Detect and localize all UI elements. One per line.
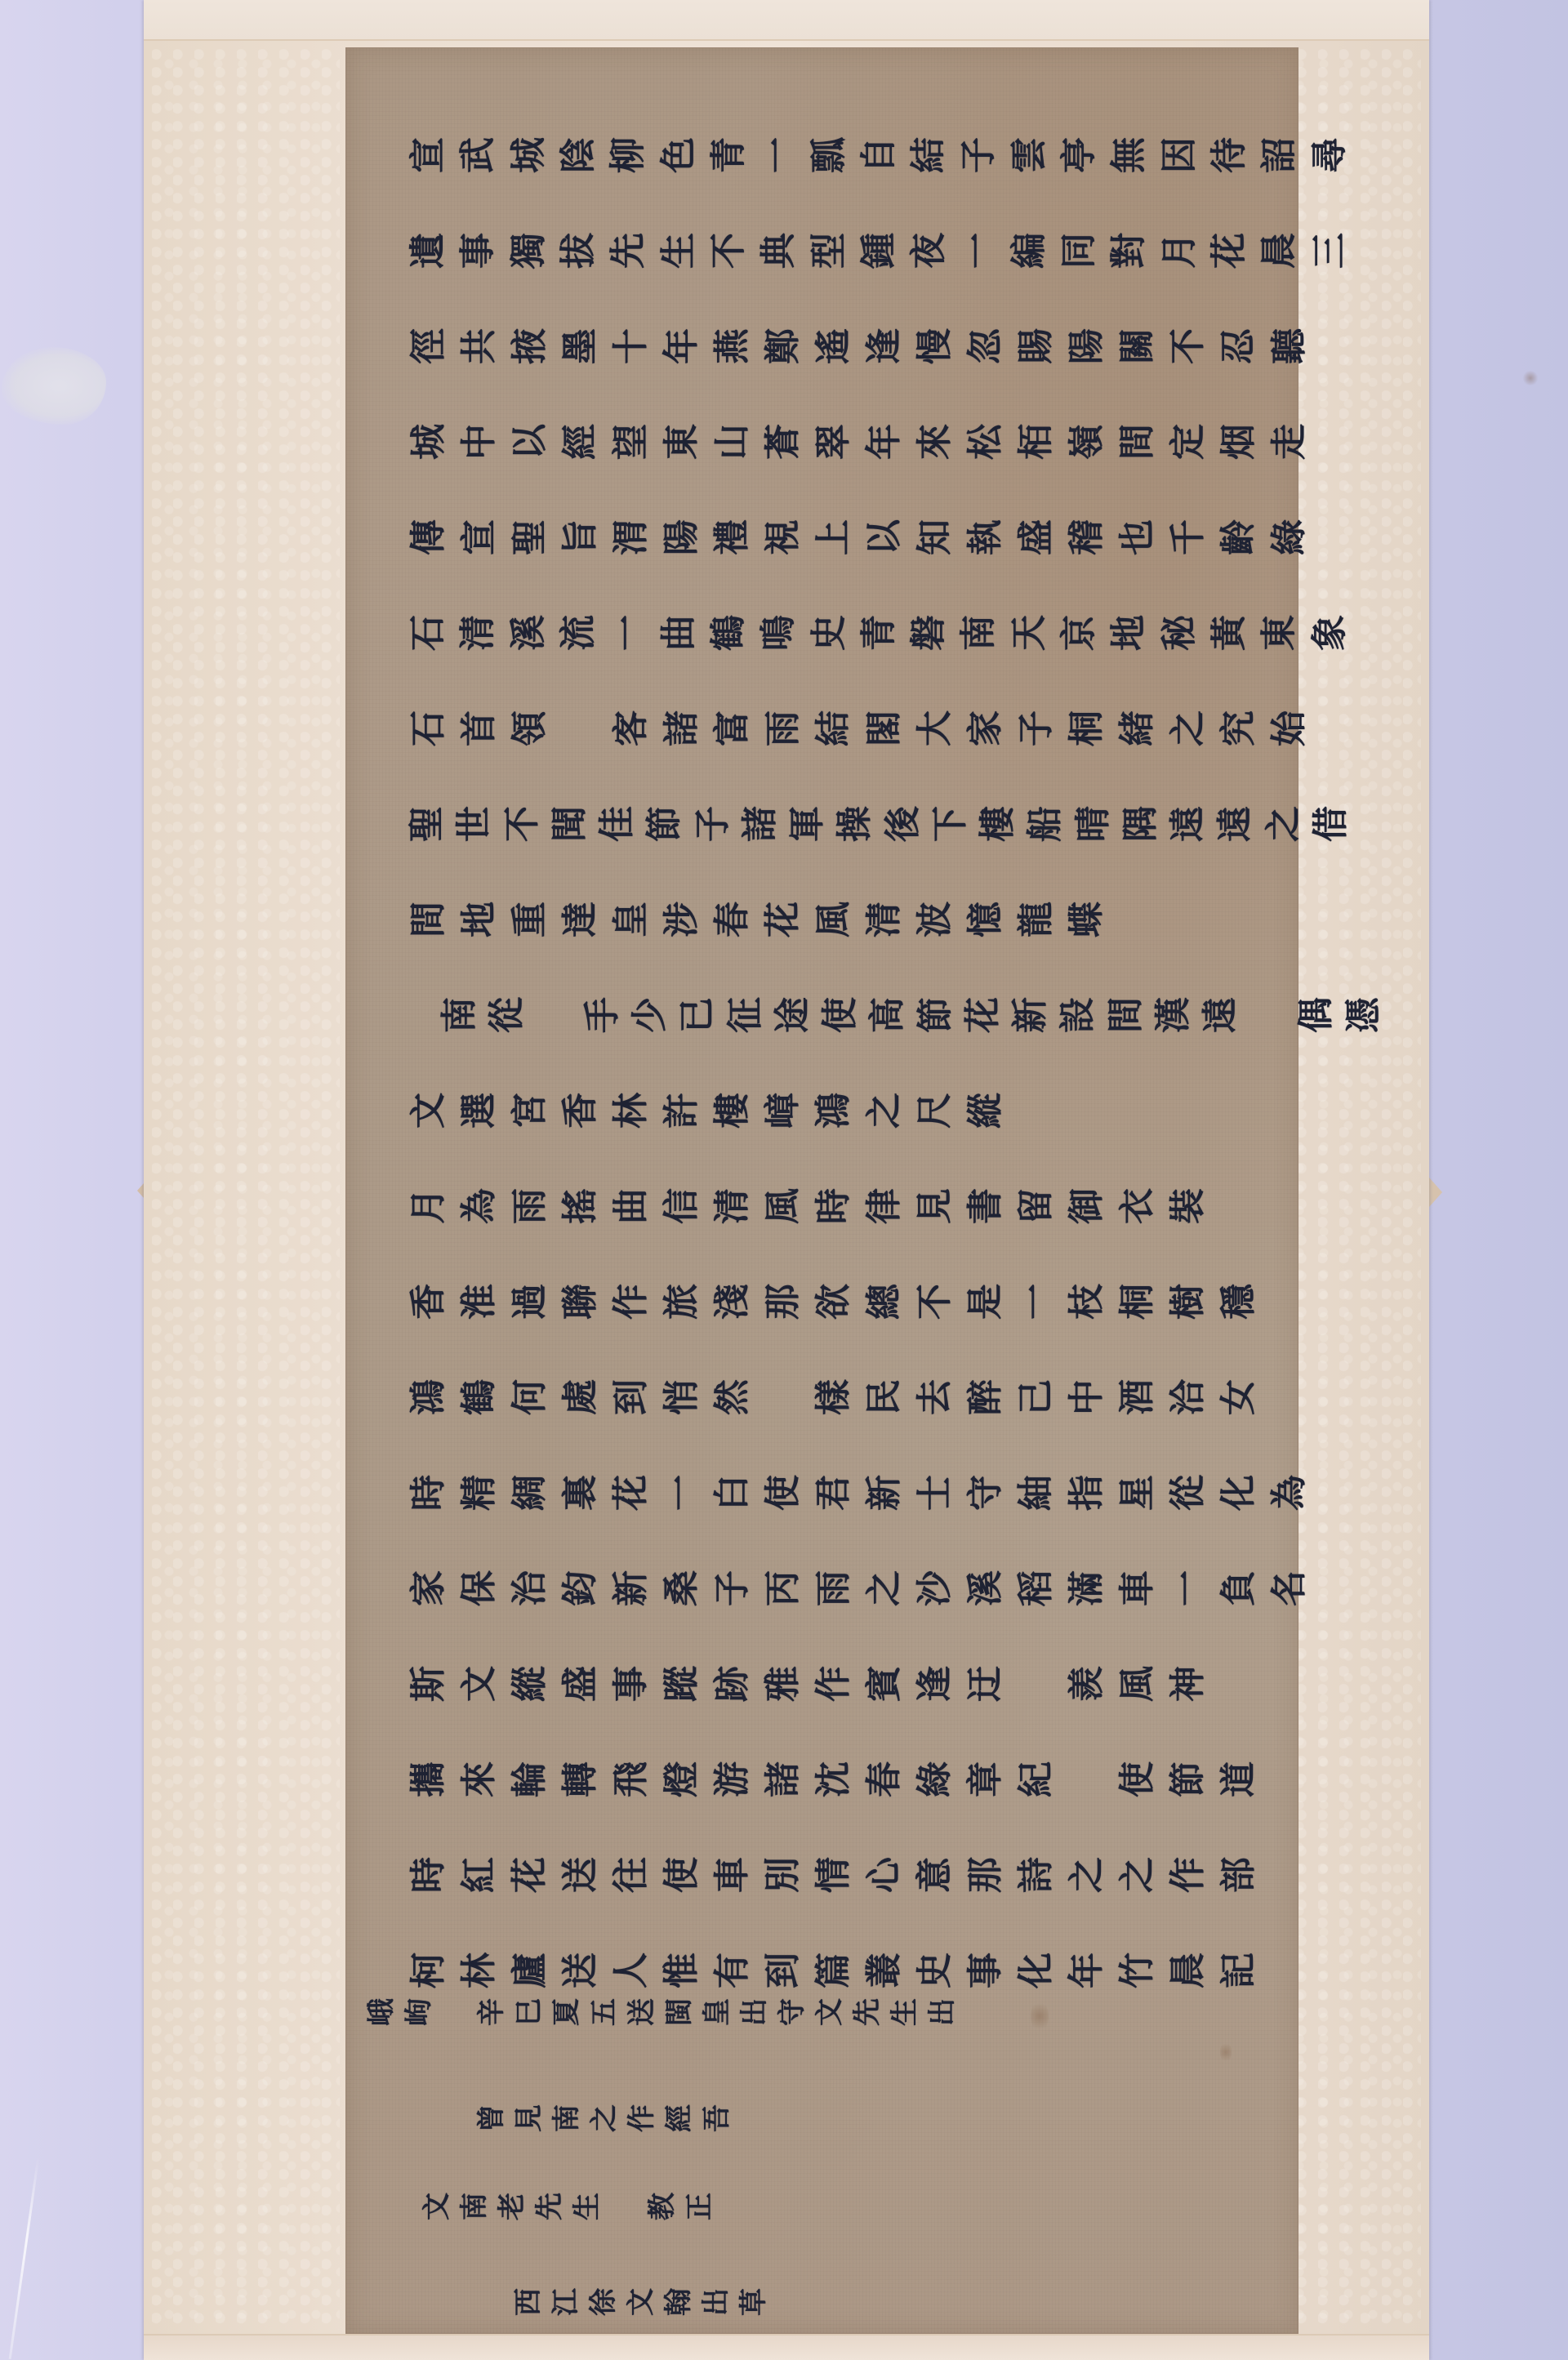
calligraphy-character: 三 [1312,225,1347,275]
calligraphy-character: 穩 [1221,1276,1257,1327]
calligraphy-character: 佳 [599,800,635,848]
calligraphy-character: 縱 [968,1085,1004,1136]
calligraphy-character: 是 [968,1276,1004,1327]
calligraphy-character: 設 [1060,991,1096,1039]
calligraphy-character: 間 [1108,991,1144,1039]
calligraphy-character: 中 [461,416,497,467]
calligraphy-character: 尺 [917,1085,953,1136]
calligraphy-character: 之 [866,1085,902,1136]
calligraphy-character: 綠 [917,1754,953,1805]
mount-bottom-band [144,2334,1429,2360]
calligraphy-character: 不 [711,225,747,275]
calligraphy-character: 晨 [1170,1945,1206,1996]
calligraphy-character: 桑 [664,1563,700,1614]
calligraphy-character: 記 [1221,1945,1257,1996]
mount-brocade-pattern-left [152,49,340,2327]
calligraphy-character: 那 [968,1850,1004,1900]
inscription-character: 之 [590,2100,618,2137]
calligraphy-character: 宣 [461,512,497,563]
calligraphy-character: 史 [811,608,847,657]
calligraphy-character: 青 [861,608,897,657]
calligraphy-character: 紀 [1018,1754,1054,1805]
calligraphy-character: 聖 [409,800,445,848]
calligraphy-character: 憶 [968,894,1004,945]
calligraphy-character [537,991,573,1039]
calligraphy-character: 十 [613,321,649,372]
calligraphy-character: 聖 [512,512,548,563]
calligraphy-character: 軍 [790,800,826,848]
calligraphy-character: 指 [1069,1467,1105,1518]
calligraphy-character: 許 [664,1085,700,1136]
inscription-character: 生 [891,1993,919,2031]
calligraphy-character: 有 [715,1945,751,1996]
inscription-character: 出 [741,1993,768,2031]
calligraphy-character: 掖 [512,321,548,372]
calligraphy-character: 執 [968,512,1004,563]
calligraphy-character: 詔 [1262,130,1298,180]
calligraphy-character: 丙 [765,1563,801,1614]
calligraphy-character: 拔 [561,225,597,275]
calligraphy-character: 花 [765,894,801,945]
calligraphy-column: 石首領 客諸富雨結閣大家子桐緒之究始 [346,703,1355,754]
calligraphy-character: 雅 [765,1659,801,1709]
inscription-character: 南 [461,2188,488,2225]
calligraphy-character: 桐 [1069,703,1105,754]
calligraphy-character: 為 [1272,1467,1307,1518]
calligraphy-character: 黃 [1212,608,1248,657]
calligraphy-character: 花 [613,1467,649,1518]
calligraphy-character: 達 [563,894,599,945]
calligraphy-character: 書 [968,1181,1004,1231]
calligraphy-character: 作 [1170,1850,1206,1900]
calligraphy-character: 栢 [1018,416,1054,467]
calligraphy-character: 新 [866,1467,902,1518]
mount-top-band [144,0,1429,41]
calligraphy-character: 之 [1069,1850,1105,1900]
calligraphy-character: 禮 [715,512,751,563]
calligraphy-character: 蝶 [1069,894,1105,945]
inscription-character: 正 [686,2188,714,2225]
calligraphy-character: 樹 [1170,1276,1206,1327]
calligraphy-character: 一 [1170,1563,1206,1614]
inscription-character: 草 [740,2283,768,2321]
calligraphy-character: 輪 [512,1754,548,1805]
calligraphy-character: 諸 [742,800,778,848]
calligraphy-character: 士 [917,1467,953,1518]
calligraphy-character: 墨 [563,321,599,372]
calligraphy-character: 雨 [512,1181,548,1231]
calligraphy-character: 也 [1120,512,1156,563]
foxing-stain [1220,2041,1232,2064]
calligraphy-character: 樓 [715,1085,751,1136]
calligraphy-character: 洽 [1170,1372,1206,1423]
calligraphy-character: 石 [411,608,447,657]
calligraphy-character: 天 [1011,608,1047,657]
inscription-character: 生 [573,2188,601,2225]
inscription-recipient: 文南老先生 教正 [418,2186,719,2227]
calligraphy-character: 時 [411,1467,447,1518]
calligraphy-character: 春 [715,894,751,945]
calligraphy-character: 遙 [816,321,852,372]
calligraphy-character: 編 [1011,225,1047,275]
calligraphy-character: 悄 [664,1372,700,1423]
calligraphy-character: 雨 [816,1563,852,1614]
scroll-side-tab-right [1429,1178,1442,1207]
calligraphy-character: 跡 [715,1659,751,1709]
calligraphy-character: 曲 [613,1181,649,1231]
calligraphy-character: 為 [461,1181,497,1231]
calligraphy-column: 間地重達皇涉春花風清波憶龍蝶 [346,894,1355,945]
calligraphy-character: 從 [1170,1467,1206,1518]
calligraphy-character: 陽 [664,512,700,563]
calligraphy-character: 定 [1170,416,1206,467]
calligraphy-character: 節 [1170,1754,1206,1805]
calligraphy-character: 枝 [1069,1276,1105,1327]
calligraphy-character: 千 [1170,512,1206,563]
calligraphy-character: 逢 [866,321,902,372]
calligraphy-character: 事 [461,225,497,275]
calligraphy-character: 沙 [917,1563,953,1614]
calligraphy-character: 過 [512,1276,548,1327]
calligraphy-character: 山 [715,416,751,467]
calligraphy-column: 文選宮香林許樓嶂鴻之尺縱 [346,1085,1355,1136]
calligraphy-character: 惟 [664,1945,700,1996]
calligraphy-character: 子 [695,800,731,848]
calligraphy-character: 涉 [664,894,700,945]
calligraphy-character: 賜 [1018,321,1054,372]
calligraphy-column: 南從 手少已征途使高節花新設間漢遠 偶憑 [346,990,1388,1040]
calligraphy-character: 飛 [613,1754,649,1805]
calligraphy-character: 知 [917,512,953,563]
calligraphy-character: 香 [411,1276,447,1327]
calligraphy-column: 聖世不聞佳節子諸軍操後下樓船晴隅遠遠之借 [346,799,1355,849]
calligraphy-column: 月為雨搖曲信清風時律見書留御衣裝 [346,1181,1355,1231]
calligraphy-character: 東 [1262,608,1298,657]
calligraphy-character: 家 [968,703,1004,754]
calligraphy-character: 事 [613,1659,649,1709]
calligraphy-character: 京 [1062,608,1098,657]
inscription-character: 翰 [665,2283,693,2321]
calligraphy-character: 磐 [911,608,947,657]
calligraphy-character: 蒼 [765,416,801,467]
calligraphy-character: 守 [968,1467,1004,1518]
calligraphy-character: 年 [866,416,902,467]
calligraphy-character: 神 [1170,1659,1206,1709]
calligraphy-character: 翠 [816,416,852,467]
calligraphy-character: 滿 [1069,1563,1105,1614]
calligraphy-character: 柯 [411,1945,447,1996]
calligraphy-character: 作 [816,1659,852,1709]
calligraphy-character: 林 [461,1945,497,1996]
calligraphy-character: 之 [1266,800,1302,848]
calligraphy-column: 香淮過聯作旅淺那欲總不是一枝桐樹穩 [346,1276,1355,1327]
inscription-character: 見 [515,2100,543,2137]
calligraphy-character: 名 [1272,1563,1307,1614]
calligraphy-character: 時 [411,1850,447,1900]
calligraphy-character: 沈 [816,1754,852,1805]
inscription-note: 曾見南之作經吾 [473,2098,736,2139]
calligraphy-character: 嶺 [1069,416,1105,467]
calligraphy-character: 部 [1221,1850,1257,1900]
calligraphy-character: 月 [411,1181,447,1231]
inscription-character: 南 [553,2100,581,2137]
calligraphy-character: 尋 [1312,130,1347,180]
calligraphy-character: 遠 [1218,800,1254,848]
calligraphy-character: 閣 [866,703,902,754]
wall-crack [9,2157,40,2359]
inscription-character: 夏 [553,1993,581,2031]
calligraphy-character: 象 [1312,608,1347,657]
calligraphy-character [765,1372,801,1423]
calligraphy-character: 嶂 [765,1085,801,1136]
inscription-signature: 西江徐文翰出草 [510,2282,773,2322]
calligraphy-character: 聞 [552,800,588,848]
calligraphy-character: 子 [715,1563,751,1614]
calligraphy-character: 稻 [1018,1563,1054,1614]
calligraphy-character: 流 [561,608,597,657]
calligraphy-character: 鶴 [461,1372,497,1423]
calligraphy-character: 使 [822,991,858,1039]
wall-stain [2,347,106,425]
calligraphy-character: 待 [1212,130,1248,180]
calligraphy-character: 傳 [411,512,447,563]
calligraphy-character: 一 [664,1467,700,1518]
calligraphy-character: 家 [411,1563,447,1614]
calligraphy-character: 一 [761,130,797,180]
calligraphy-character: 盛 [1018,512,1054,563]
calligraphy-character: 新 [1013,991,1049,1039]
calligraphy-character: 諸 [664,703,700,754]
calligraphy-character: 亭 [1062,130,1098,180]
calligraphy-character: 手 [585,991,621,1039]
calligraphy-character: 治 [512,1563,548,1614]
calligraphy-character: 遠 [1203,991,1239,1039]
calligraphy-character: 香 [563,1085,599,1136]
calligraphy-character: 遠 [1170,800,1206,848]
calligraphy-character: 高 [870,991,906,1039]
inscription-character: 文 [423,2188,451,2225]
calligraphy-character: 之 [1120,1850,1156,1900]
calligraphy-character: 夜 [911,225,947,275]
calligraphy-character: 經 [563,416,599,467]
calligraphy-character: 使 [1120,1754,1156,1805]
calligraphy-character: 清 [866,894,902,945]
calligraphy-character: 客 [613,703,649,754]
calligraphy-column: 時精綢裏花一白使君新士守紬指星從化為 [346,1467,1355,1518]
inscription-character: 峨 [367,1993,395,2031]
calligraphy-character: 下 [933,800,969,848]
calligraphy-character: 旨 [563,512,599,563]
calligraphy-character: 不 [917,1276,953,1327]
calligraphy-character: 忍 [1221,321,1257,372]
calligraphy-character: 上 [816,512,852,563]
calligraphy-character: 欲 [816,1276,852,1327]
calligraphy-character: 色 [661,130,697,180]
calligraphy-character: 花 [1212,225,1248,275]
calligraphy-character: 漢 [1156,991,1192,1039]
calligraphy-character: 綠 [1272,512,1307,563]
calligraphy-character: 城 [510,130,546,180]
calligraphy-character: 地 [461,894,497,945]
calligraphy-character: 結 [911,130,947,180]
calligraphy-character: 不 [1170,321,1206,372]
calligraphy-column: 石清溪流一曲鶴鳴史青磐南天京地秘黃東象 [346,608,1355,658]
inscription-character: 經 [666,2100,693,2137]
calligraphy-character: 心 [866,1850,902,1900]
calligraphy-character: 宣 [411,130,447,180]
calligraphy-character: 借 [1313,800,1349,848]
inscription-character: 江 [552,2283,580,2321]
calligraphy-character: 同 [1062,225,1098,275]
calligraphy-character: 望 [613,416,649,467]
calligraphy-character: 紅 [461,1850,497,1900]
calligraphy-character: 時 [816,1181,852,1231]
calligraphy-character: 關 [1120,321,1156,372]
calligraphy-character: 重 [512,894,548,945]
calligraphy-character: 紬 [1018,1467,1054,1518]
calligraphy-character: 領 [512,703,548,754]
calligraphy-character: 來 [917,416,953,467]
calligraphy-character: 鈞 [563,1563,599,1614]
calligraphy-character: 東 [664,416,700,467]
inscription-character: 出 [929,1993,956,2031]
calligraphy-character: 間 [1120,416,1156,467]
calligraphy-character: 聽 [1272,321,1307,372]
calligraphy-character: 曲 [661,608,697,657]
calligraphy-character: 作 [613,1276,649,1327]
calligraphy-character: 松 [968,416,1004,467]
calligraphy-character: 然 [715,1372,751,1423]
calligraphy-character: 途 [775,991,811,1039]
calligraphy-character: 一 [1018,1276,1054,1327]
calligraphy-character: 往 [613,1850,649,1900]
calligraphy-character: 操 [837,800,873,848]
calligraphy-character: 攜 [411,1754,447,1805]
calligraphy-column: 宣武城陰柳色青一瓢自結子雲亭無因待詔尋 [346,130,1355,180]
calligraphy-column: 家保治鈞新桑子丙雨之沙溪稻滿車一負名 [346,1563,1355,1614]
calligraphy-character: 車 [715,1850,751,1900]
calligraphy-character: 來 [461,1754,497,1805]
calligraphy-character: 那 [765,1276,801,1327]
calligraphy-character: 廬 [512,1945,548,1996]
calligraphy-character: 道 [1221,1754,1257,1805]
calligraphy-column: 傳宣聖旨渭陽禮視上以知執盛稽也千齡綠 [346,512,1355,563]
calligraphy-character: 鄭 [765,321,801,372]
calligraphy-character: 鶴 [711,608,747,657]
calligraphy-character: 一 [611,608,647,657]
calligraphy-character: 先 [611,225,647,275]
calligraphy-character: 對 [1111,225,1147,275]
calligraphy-character: 文 [461,1659,497,1709]
calligraphy-character: 征 [728,991,764,1039]
calligraphy-character: 龍 [1018,894,1054,945]
calligraphy-character: 間 [411,894,447,945]
calligraphy-character: 車 [1120,1563,1156,1614]
calligraphy-character: 自 [861,130,897,180]
calligraphy-character: 醉 [968,1372,1004,1423]
calligraphy-column: 遺事獨拔先生不典型鍾夜一編同對月花晨三 [346,225,1355,276]
inscription-character: 先 [853,1993,881,2031]
calligraphy-character: 後 [885,800,921,848]
calligraphy-character: 章 [968,1754,1004,1805]
calligraphy-character: 君 [816,1467,852,1518]
calligraphy-character: 蹤 [664,1659,700,1709]
calligraphy-character: 憑 [1346,991,1382,1039]
calligraphy-character: 綢 [512,1467,548,1518]
inscription-character: 文 [816,1993,844,2031]
calligraphy-character: 柳 [611,130,647,180]
calligraphy-character: 南 [961,608,997,657]
calligraphy-character: 稽 [1069,512,1105,563]
calligraphy-character: 齡 [1221,512,1257,563]
calligraphy-character: 燕 [715,321,751,372]
calligraphy-character: 子 [961,130,997,180]
calligraphy-character: 何 [512,1372,548,1423]
calligraphy-character: 年 [664,321,700,372]
calligraphy-character: 南 [442,991,478,1039]
calligraphy-character: 諸 [765,1754,801,1805]
calligraphy-character: 始 [1272,703,1307,754]
calligraphy-character: 型 [811,225,847,275]
calligraphy-character: 到 [613,1372,649,1423]
calligraphy-character: 律 [866,1181,902,1231]
calligraphy-character: 地 [1111,608,1147,657]
calligraphy-column: 攜來輪轉飛燈游諸沈春綠章紀 使節道 [346,1754,1355,1805]
calligraphy-character: 子 [1018,703,1054,754]
calligraphy-character: 留 [1018,1181,1054,1231]
calligraphy-character: 溪 [510,608,546,657]
calligraphy-character: 節 [647,800,683,848]
calligraphy-character: 史 [917,1945,953,1996]
calligraphy-column: 鴻鶴何處到悄然 樣民去醉己中酒洽女 [346,1372,1355,1423]
calligraphy-column: 徑共掖墨十年燕鄭遙逢慢忽賜陽關不忍聽 [346,321,1355,372]
calligraphy-character: 波 [917,894,953,945]
calligraphy-character: 轉 [563,1754,599,1805]
calligraphy-character: 晨 [1262,225,1298,275]
calligraphy-character: 己 [1018,1372,1054,1423]
calligraphy-character: 視 [765,512,801,563]
calligraphy-character: 鍾 [861,225,897,275]
calligraphy-character: 新 [613,1563,649,1614]
calligraphy-character: 究 [1221,703,1257,754]
inscription-character: 五 [590,1993,618,2031]
inscription-character: 作 [628,2100,656,2137]
calligraphy-character: 共 [461,321,497,372]
inscription-character: 西 [514,2283,542,2321]
calligraphy-character: 裏 [563,1467,599,1518]
calligraphy-character: 秘 [1161,608,1197,657]
calligraphy-character: 保 [461,1563,497,1614]
inscription-character: 守 [778,1993,806,2031]
calligraphy-character: 酒 [1120,1372,1156,1423]
inscription-character: 曾 [478,2100,506,2137]
calligraphy-character: 民 [866,1372,902,1423]
calligraphy-character: 遺 [411,225,447,275]
calligraphy-character: 桐 [1120,1276,1156,1327]
calligraphy-character: 之 [1170,703,1206,754]
calligraphy-character: 偶 [1298,991,1334,1039]
calligraphy-character: 晴 [1076,800,1111,848]
inscription-character: 辛 [478,1993,506,2031]
inscription-character: 巳 [515,1993,543,2031]
calligraphy-character: 花 [512,1850,548,1900]
calligraphy-character: 裝 [1170,1181,1206,1231]
inscription-dedication: 辛巳夏五送閩皇出守文先生出 [473,1992,961,2033]
calligraphy-character: 慢 [917,321,953,372]
calligraphy-character: 送 [563,1945,599,1996]
calligraphy-character: 從 [489,991,525,1039]
calligraphy-character: 去 [917,1372,953,1423]
